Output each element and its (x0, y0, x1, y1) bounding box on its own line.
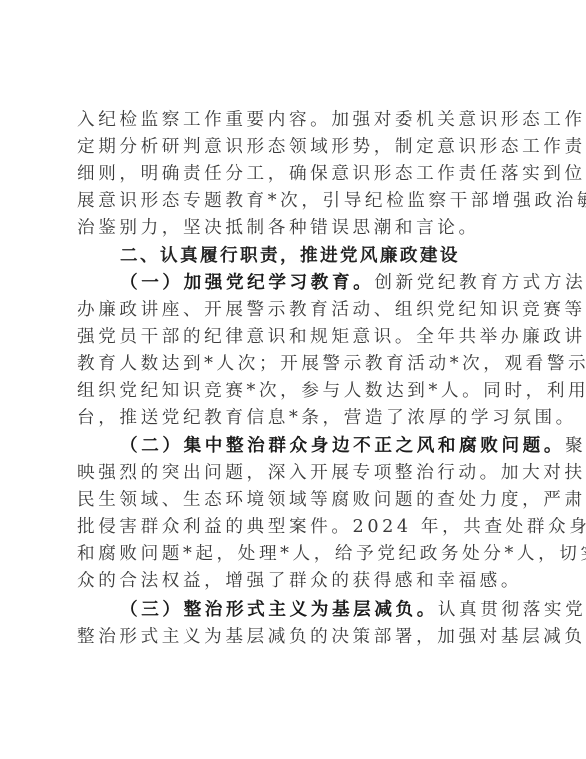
paragraph-line: 入纪检监察工作重要内容。加强对委机关意识形态工作的领导， (77, 108, 507, 132)
paragraph-line: 台，推送党纪教育信息*条，营造了浓厚的学习氛围。 (77, 406, 507, 430)
paragraph-line: 教育人数达到*人次；开展警示教育活动*次，观看警示教育片*部； (77, 352, 507, 376)
paragraph-line: 批侵害群众利益的典型案件。2024 年，共查处群众身边不正之风 (77, 515, 507, 539)
paragraph-line: 展意识形态专题教育*次，引导纪检监察干部增强政治敏锐性和政 (77, 189, 507, 213)
paragraph-line: 组织党纪知识竞赛*次，参与人数达到*人。同时，利用新媒体平 (77, 379, 507, 403)
subsection-2-first-line: （二）集中整治群众身边不正之风和腐败问题。聚焦群众反 (120, 434, 507, 458)
subsection-2-text: 聚焦群众反 (565, 436, 586, 456)
paragraph-line: 和腐败问题*起，处理*人，给予党纪政务处分*人，切实维护了群 (77, 542, 507, 566)
subsection-1-text: 创新党纪教育方式方法，通过举 (374, 273, 586, 293)
subsection-2-title: （二）集中整治群众身边不正之风和腐败问题。 (120, 435, 565, 456)
paragraph-line: 定期分析研判意识形态领域形势，制定意识形态工作责任制实施 (77, 135, 507, 159)
paragraph-line: 强党员干部的纪律意识和规矩意识。全年共举办廉政讲座*场，受 (77, 325, 507, 349)
paragraph-line: 治鉴别力，坚决抵制各种错误思潮和言论。 (77, 216, 507, 240)
subsection-3-text: 认真贯彻落实党中央关于 (438, 600, 586, 620)
paragraph-line: 整治形式主义为基层减负的决策部署，加强对基层减负工作的监 (77, 625, 507, 649)
subsection-3-title: （三）整治形式主义为基层减负。 (120, 599, 438, 620)
paragraph-line: 细则，明确责任分工，确保意识形态工作责任落实到位。组织开 (77, 162, 507, 186)
paragraph-line: 民生领域、生态环境领域等腐败问题的查处力度，严肃查处了一 (77, 488, 507, 512)
document-page: 入纪检监察工作重要内容。加强对委机关意识形态工作的领导， 定期分析研判意识形态领… (0, 0, 586, 759)
paragraph-line: 办廉政讲座、开展警示教育活动、组织党纪知识竞赛等形式，增 (77, 298, 507, 322)
subsection-1-first-line: （一）加强党纪学习教育。创新党纪教育方式方法，通过举 (120, 271, 507, 295)
paragraph-line: 众的合法权益，增强了群众的获得感和幸福感。 (77, 569, 507, 593)
subsection-1-title: （一）加强党纪学习教育。 (120, 272, 374, 293)
section-heading: 二、认真履行职责，推进党风廉政建设 (120, 244, 550, 268)
subsection-3-first-line: （三）整治形式主义为基层减负。认真贯彻落实党中央关于 (120, 598, 507, 622)
paragraph-line: 映强烈的突出问题，深入开展专项整治行动。加大对扶贫领域、 (77, 461, 507, 485)
